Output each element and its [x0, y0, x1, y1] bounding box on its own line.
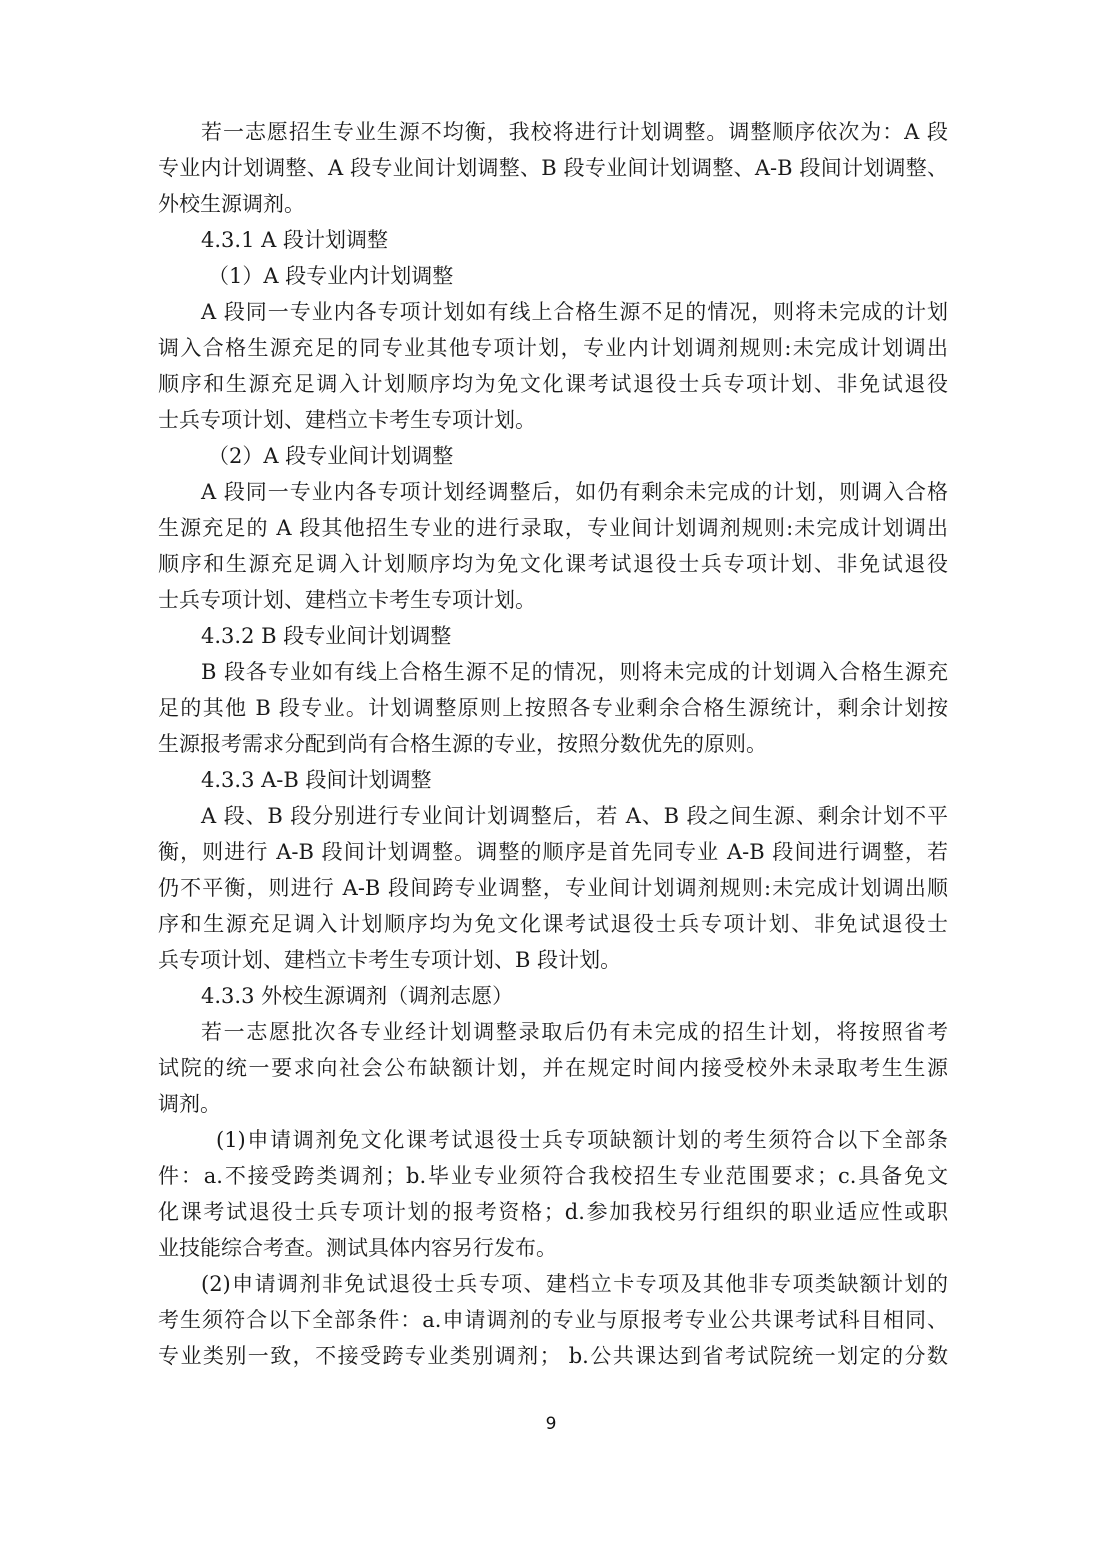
list-item-line: 化课考试退役士兵专项计划的报考资格；d.参加我校另行组织的职业适应性或职 [158, 1194, 948, 1230]
list-item-line: 考生须符合以下全部条件：a.申请调剂的专业与原报考专业公共课考试科目相同、 [158, 1302, 948, 1338]
paragraph-line: 外校生源调剂。 [158, 186, 948, 222]
paragraph-line: A 段、B 段分别进行专业间计划调整后，若 A、B 段之间生源、剩余计划不平 [158, 798, 948, 834]
paragraph-line: 仍不平衡，则进行 A-B 段间跨专业调整，专业间计划调剂规则:未完成计划调出顺 [158, 870, 948, 906]
section-heading-4-3-2: 4.3.2 B 段专业间计划调整 [158, 618, 948, 654]
paragraph-line: 顺序和生源充足调入计划顺序均为免文化课考试退役士兵专项计划、非免试退役 [158, 546, 948, 582]
page-number: 9 [0, 1414, 1102, 1434]
subheading-2: （2）A 段专业间计划调整 [158, 438, 948, 474]
paragraph-line: 调剂。 [158, 1086, 948, 1122]
subheading-1: （1）A 段专业内计划调整 [158, 258, 948, 294]
paragraph-line: 若一志愿招生专业生源不均衡，我校将进行计划调整。调整顺序依次为：A 段 [158, 114, 948, 150]
paragraph-line: 生源报考需求分配到尚有合格生源的专业，按照分数优先的原则。 [158, 726, 948, 762]
section-heading-4-3-3-external: 4.3.3 外校生源调剂（调剂志愿） [158, 978, 948, 1014]
paragraph-line: 调入合格生源充足的同专业其他专项计划，专业内计划调剂规则:未完成计划调出 [158, 330, 948, 366]
section-heading-4-3-3-ab: 4.3.3 A-B 段间计划调整 [158, 762, 948, 798]
paragraph-line: B 段各专业如有线上合格生源不足的情况，则将未完成的计划调入合格生源充 [158, 654, 948, 690]
paragraph-line: 士兵专项计划、建档立卡考生专项计划。 [158, 582, 948, 618]
paragraph-line: 专业内计划调整、A 段专业间计划调整、B 段专业间计划调整、A-B 段间计划调整… [158, 150, 948, 186]
paragraph-line: 兵专项计划、建档立卡考生专项计划、B 段计划。 [158, 942, 948, 978]
document-page: 若一志愿招生专业生源不均衡，我校将进行计划调整。调整顺序依次为：A 段 专业内计… [158, 114, 948, 1374]
paragraph-line: 生源充足的 A 段其他招生专业的进行录取，专业间计划调剂规则:未完成计划调出 [158, 510, 948, 546]
paragraph-line: 士兵专项计划、建档立卡考生专项计划。 [158, 402, 948, 438]
list-item-line: (1)申请调剂免文化课考试退役士兵专项缺额计划的考生须符合以下全部条 [158, 1122, 948, 1158]
paragraph-line: 足的其他 B 段专业。计划调整原则上按照各专业剩余合格生源统计，剩余计划按 [158, 690, 948, 726]
list-item-line: 件：a.不接受跨类调剂；b.毕业专业须符合我校招生专业范围要求；c.具备免文 [158, 1158, 948, 1194]
paragraph-line: 序和生源充足调入计划顺序均为免文化课考试退役士兵专项计划、非免试退役士 [158, 906, 948, 942]
paragraph-line: A 段同一专业内各专项计划如有线上合格生源不足的情况，则将未完成的计划 [158, 294, 948, 330]
paragraph-line: 衡，则进行 A-B 段间计划调整。调整的顺序是首先同专业 A-B 段间进行调整，… [158, 834, 948, 870]
list-item-line: (2)申请调剂非免试退役士兵专项、建档立卡专项及其他非专项类缺额计划的 [158, 1266, 948, 1302]
paragraph-line: 试院的统一要求向社会公布缺额计划，并在规定时间内接受校外未录取考生生源 [158, 1050, 948, 1086]
list-item-line: 业技能综合考查。测试具体内容另行发布。 [158, 1230, 948, 1266]
paragraph-line: A 段同一专业内各专项计划经调整后，如仍有剩余未完成的计划，则调入合格 [158, 474, 948, 510]
section-heading-4-3-1: 4.3.1 A 段计划调整 [158, 222, 948, 258]
list-item-line: 专业类别一致，不接受跨专业类别调剂； b.公共课达到省考试院统一划定的分数 [158, 1338, 948, 1374]
paragraph-line: 顺序和生源充足调入计划顺序均为免文化课考试退役士兵专项计划、非免试退役 [158, 366, 948, 402]
paragraph-line: 若一志愿批次各专业经计划调整录取后仍有未完成的招生计划，将按照省考 [158, 1014, 948, 1050]
